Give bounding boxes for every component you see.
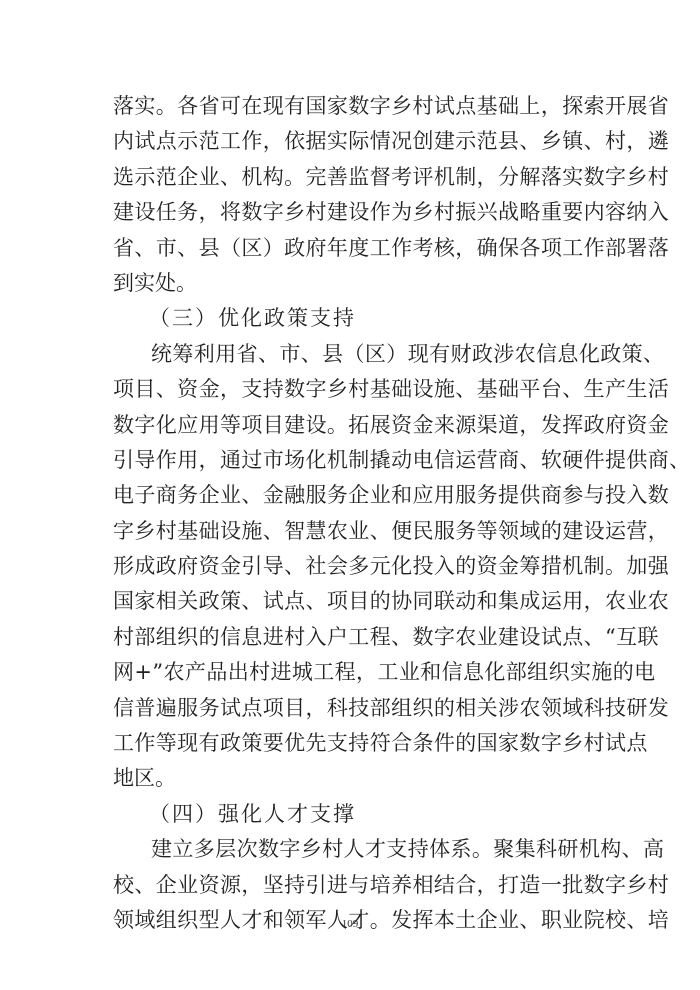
text-line: 网 + ” 农 产 品 出 村 进 城 工 程 ， 工 业 和 信 息 化 部 … — [113, 655, 594, 690]
text-line: 国 家 相 关 政 策 、 试 点 、 项 目 的 协 同 联 动 和 集 成 … — [113, 584, 594, 619]
section-heading-optimize-policy-support: （三）优化政策支持 — [113, 301, 594, 336]
text-line: 项 目 、 资 金 ， 支 持 数 字 乡 村 基 础 设 施 、 基 础 平 … — [113, 372, 594, 407]
text-line: 地区。 — [113, 761, 594, 796]
text-line: 校 、 企 业 资 源 ， 坚 持 引 进 与 培 养 相 结 合 ， 打 造 … — [113, 868, 594, 903]
section-heading-strengthen-talent-support: （四）强化人才支撑 — [113, 797, 594, 832]
text-line: 统 筹 利 用 省 、 市 、 县 （ 区 ） 现 有 财 政 涉 农 信 息 … — [113, 337, 594, 372]
text-line: 信 普 遍 服 务 试 点 项 目 ， 科 技 部 组 织 的 相 关 涉 农 … — [113, 691, 594, 726]
document-body: 落 实 。 各 省 可 在 现 有 国 家 数 字 乡 村 试 点 基 础 上 … — [113, 89, 594, 938]
text-line: 到实处。 — [113, 266, 594, 301]
page-number: 109 — [0, 918, 700, 930]
text-line: 落 实 。 各 省 可 在 现 有 国 家 数 字 乡 村 试 点 基 础 上 … — [113, 89, 594, 124]
text-line: 村 部 组 织 的 信 息 进 村 入 户 工 程 、 数 字 农 业 建 设 … — [113, 620, 594, 655]
text-line: 字 乡 村 基 础 设 施 、 智 慧 农 业 、 便 民 服 务 等 领 域 … — [113, 514, 594, 549]
text-line: 引 导 作 用 ， 通 过 市 场 化 机 制 撬 动 电 信 运 营 商 、 … — [113, 443, 594, 478]
text-line: 省 、 市 、 县 （ 区 ） 政 府 年 度 工 作 考 核 ， 确 保 各 … — [113, 231, 594, 266]
text-line: 建 立 多 层 次 数 字 乡 村 人 才 支 持 体 系 。 聚 集 科 研 … — [113, 832, 594, 867]
text-line: 内 试 点 示 范 工 作 ， 依 据 实 际 情 况 创 建 示 范 县 、 … — [113, 124, 594, 159]
text-line: 建 设 任 务 ， 将 数 字 乡 村 建 设 作 为 乡 村 振 兴 战 略 … — [113, 195, 594, 230]
text-line: 工 作 等 现 有 政 策 要 优 先 支 持 符 合 条 件 的 国 家 数 … — [113, 726, 594, 761]
text-line: 电 子 商 务 企 业 、 金 融 服 务 企 业 和 应 用 服 务 提 供 … — [113, 478, 594, 513]
text-line: 数 字 化 应 用 等 项 目 建 设 。 拓 展 资 金 来 源 渠 道 ， … — [113, 408, 594, 443]
text-line: 选 示 范 企 业 、 机 构 。 完 善 监 督 考 评 机 制 ， 分 解 … — [113, 160, 594, 195]
text-line: 形 成 政 府 资 金 引 导 、 社 会 多 元 化 投 入 的 资 金 筹 … — [113, 549, 594, 584]
document-page: 落 实 。 各 省 可 在 现 有 国 家 数 字 乡 村 试 点 基 础 上 … — [0, 0, 700, 990]
